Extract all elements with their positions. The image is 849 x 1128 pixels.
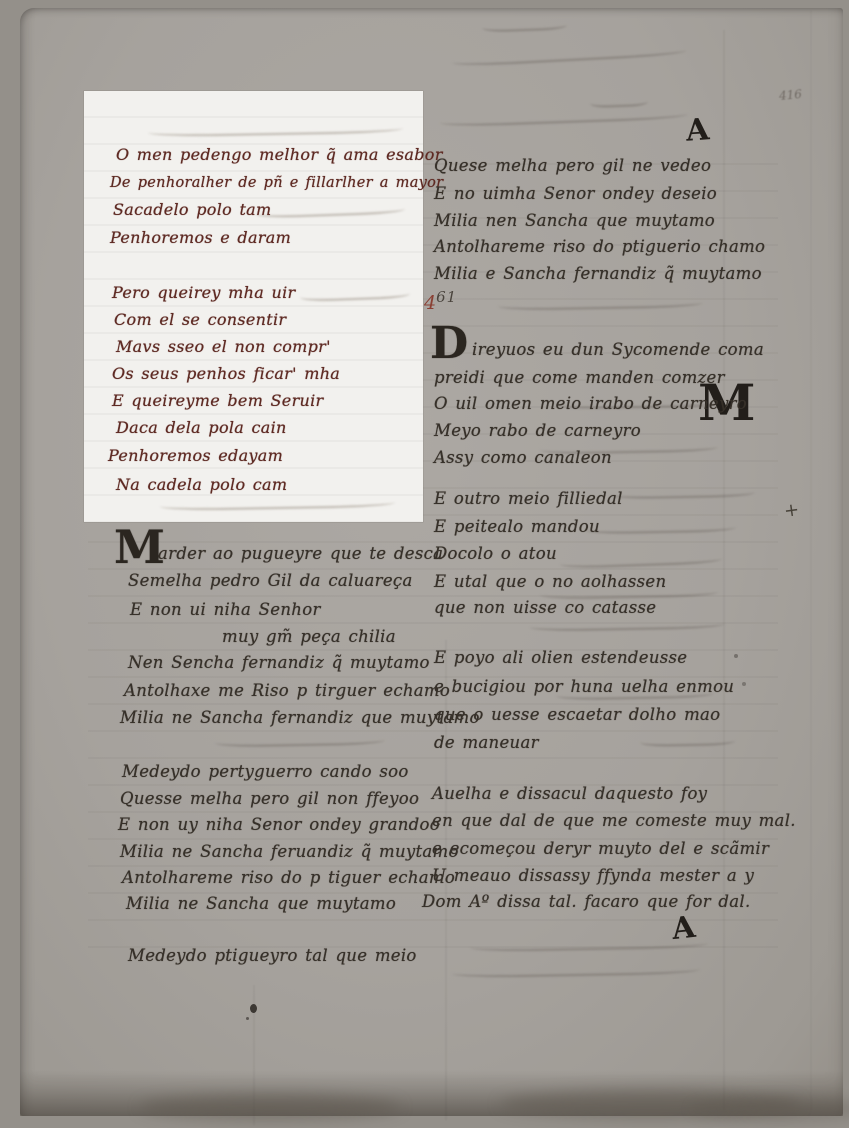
verse-line: Assy como canaleon <box>434 448 612 467</box>
verse-line: Antolhaxe me Riso p tirguer echamo <box>124 681 450 700</box>
page-crease <box>445 640 447 1120</box>
verse-line: Quese melha pero gil ne vedeo <box>434 156 711 175</box>
marginal-letter-A: A <box>670 913 696 945</box>
verse-line: Daca dela pola cain <box>116 418 287 437</box>
verse-line: E queireyme bem Seruir <box>112 391 324 410</box>
verse-line: en que dal de que me comeste muy mal. <box>432 811 796 830</box>
verse-line: E poyo ali olien estendeusse <box>434 648 687 667</box>
verse-line: Milia ne Sancha fernandiz que muytamo <box>120 708 480 727</box>
edge-stain <box>690 1098 849 1120</box>
verse-line: Nen Sencha fernandiz q̃ muytamo <box>128 653 430 672</box>
page-crease <box>723 30 725 1110</box>
folio-number-red: 4 <box>424 292 436 314</box>
verse-line: Auelha e dissacul daquesto foy <box>432 784 707 803</box>
ink-speck <box>742 682 746 686</box>
ink-speck <box>734 654 738 658</box>
verse-line: Medeydo ptigueyro tal que meio <box>128 946 417 965</box>
verse-line: Medeydo pertyguerro cando soo <box>122 762 409 781</box>
verse-line: U meauo dissassy ffynda mester a y <box>432 866 754 885</box>
verse-line: E peitealo mandou <box>434 517 600 536</box>
verse-line: O uil omen meio irabo de carneyro <box>434 394 747 413</box>
folio-number: 461 <box>424 288 457 314</box>
verse-line: Docolo o atou <box>434 544 557 563</box>
verse-line: preidi que come manden comzer <box>434 368 725 387</box>
manuscript-scan: O men pedengo melhor q̃ ama esabor De pe… <box>0 0 849 1128</box>
verse-line: Os seus penhos ficar' mha <box>112 364 340 383</box>
verse-line: Quesse melha pero gil non ffeyoo <box>120 789 419 808</box>
verse-line: Antolhareme riso do p tiguer echamo <box>122 868 455 887</box>
verse-line: O men pedengo melhor q̃ ama esabor <box>116 145 443 164</box>
edge-stain <box>140 1094 400 1120</box>
verse-line: E utal que o no aolhassen <box>434 572 666 591</box>
faint-show-through-number: 416 <box>778 87 802 103</box>
verse-line: Milia ne Sancha que muytamo <box>126 894 396 913</box>
verse-line: E non uy niha Senor ondey grandoo <box>118 815 440 834</box>
verse-line: E outro meio filliedal <box>434 489 623 508</box>
marginal-letter-A: A <box>685 115 710 147</box>
verse-line: e bucigiou por huna uelha enmou <box>434 677 734 696</box>
verse-line: E no uimha Senor ondey deseio <box>434 184 717 203</box>
ink-speck <box>246 1017 249 1020</box>
verse-line: Sacadelo polo tam <box>113 200 272 219</box>
verse-line: Mavs sseo el non compr' <box>116 337 331 356</box>
verse-line: muy gm̃ peça chilia <box>222 627 396 646</box>
marginal-cross-mark: + <box>783 499 801 522</box>
illuminated-initial-D: D <box>430 322 468 366</box>
page-crease <box>810 10 812 1110</box>
folio-number-dark: 61 <box>436 288 457 306</box>
verse-line: de maneuar <box>434 733 539 752</box>
verse-line: Penhoremos e daram <box>110 228 291 247</box>
verse-line: Milia ne Sancha feruandiz q̃ muytamo <box>120 842 459 861</box>
verse-line: Semelha pedro Gil da caluareça <box>128 571 413 590</box>
verse-line: ireyuos eu dun Sycomende coma <box>472 340 764 359</box>
verse-line: Penhoremos edayam <box>108 446 283 465</box>
verse-line: arder ao pugueyre que te desca <box>158 544 443 563</box>
verse-line: Com el se consentir <box>114 310 286 329</box>
ink-speck <box>250 1004 257 1013</box>
verse-line: Dom Aº dissa tal. facaro que for dal. <box>422 892 751 911</box>
verse-line: De penhoralher de pñ e fillarlher a mayo… <box>110 175 443 191</box>
verse-line: Antolhareme riso do ptiguerio chamo <box>434 237 765 256</box>
verse-line: Milia nen Sancha que muytamo <box>434 211 715 230</box>
verse-line: que o uesse escaetar dolho mao <box>434 705 720 724</box>
verse-line: Meyo rabo de carneyro <box>434 421 641 440</box>
verse-line: e ecomeçou deryr muyto del e scãmir <box>432 839 769 858</box>
verse-line: Na cadela polo cam <box>116 475 287 494</box>
verse-line: Pero queirey mha uir <box>112 283 295 302</box>
verse-line: E non ui niha Senhor <box>130 600 321 619</box>
verse-line: Milia e Sancha fernandiz q̃ muytamo <box>434 264 762 283</box>
verse-line: que non uisse co catasse <box>434 598 656 617</box>
